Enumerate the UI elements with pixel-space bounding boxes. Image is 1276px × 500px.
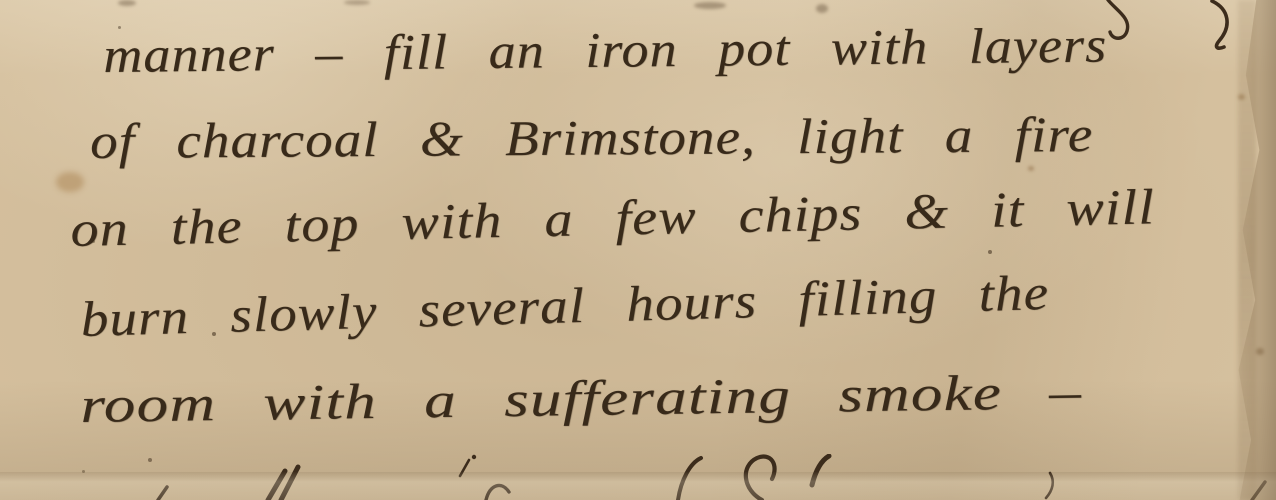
fox-spot — [118, 26, 121, 29]
manuscript-line-5: room with a sufferating smoke – — [80, 364, 1082, 433]
fox-spot — [988, 250, 992, 254]
top-edge-smudge — [816, 4, 828, 13]
ink-stain — [56, 172, 84, 192]
fox-spot — [82, 470, 85, 473]
paper-crease — [0, 472, 1276, 500]
top-edge-smudge — [118, 0, 136, 6]
fox-spot — [92, 240, 95, 243]
top-edge-smudge — [694, 2, 726, 9]
manuscript-line-2: of charcoal & Brimstone, light a fire — [90, 107, 1094, 169]
manuscript-line-4: burn slowly several hours filling the — [80, 265, 1050, 347]
fox-spot — [148, 458, 152, 462]
top-edge-smudge — [344, 0, 370, 5]
torn-paper-edge — [1224, 0, 1276, 500]
fox-spot — [212, 332, 216, 336]
manuscript-line-1: manner – fill an iron pot with layers — [103, 17, 1107, 83]
cut-off-bottom-line-ink-fragment — [0, 454, 1276, 500]
fox-spot — [1028, 166, 1034, 171]
manuscript-page: manner – fill an iron pot with layers of… — [0, 0, 1276, 500]
manuscript-line-3: on the top with a few chips & it will — [70, 179, 1155, 257]
